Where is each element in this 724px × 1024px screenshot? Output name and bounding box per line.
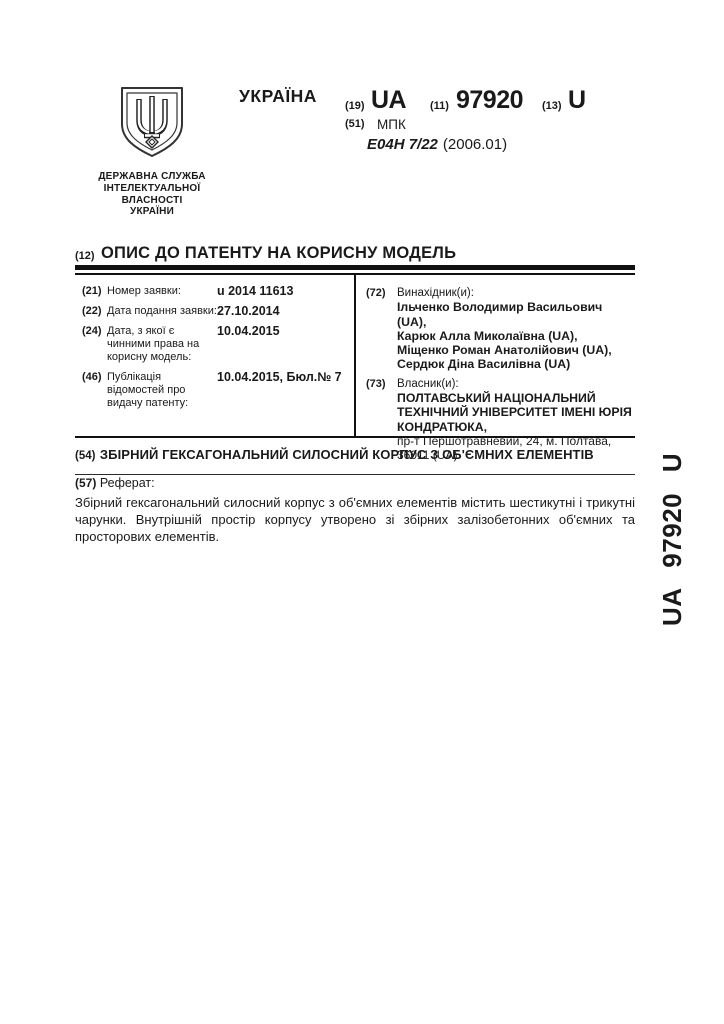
agency-line: ДЕРЖАВНА СЛУЖБА: [72, 171, 232, 183]
bibliographic-right-column: (72) Винахідник(и): Ільченко Володимир В…: [354, 275, 635, 436]
vertical-publication-label: UA 97920 U: [657, 466, 687, 626]
invention-title-section: (54) ЗБІРНИЙ ГЕКСАГОНАЛЬНИЙ СИЛОСНИЙ КОР…: [75, 436, 635, 475]
owner-name: ПОЛТАВСЬКИЙ НАЦІОНАЛЬНИЙ ТЕХНІЧНИЙ УНІВЕ…: [397, 391, 633, 434]
agency-line: ІНТЕЛЕКТУАЛЬНОЇ: [72, 183, 232, 195]
inid-code-22: (22): [82, 305, 107, 318]
invention-title: ЗБІРНИЙ ГЕКСАГОНАЛЬНИЙ СИЛОСНИЙ КОРПУС З…: [100, 447, 594, 462]
country-title: УКРАЇНА: [239, 86, 317, 107]
abstract-heading: (57) Реферат:: [75, 476, 635, 490]
field-value: 10.04.2015, Бюл.№ 7: [217, 371, 350, 410]
inid-code-19: (19): [345, 101, 365, 112]
abstract-label: Реферат:: [100, 476, 155, 490]
inid-code-24: (24): [82, 325, 107, 364]
field-label: Дата, з якої є чинними права на корисну …: [107, 325, 217, 364]
ipc-classification: E04H 7/22(2006.01): [367, 137, 507, 152]
inventors-label: Винахідник(и):: [397, 286, 633, 300]
country-code-value: UA: [371, 88, 406, 113]
inid-code-11: (11): [430, 101, 449, 112]
inventors-block: (72) Винахідник(и): Ільченко Володимир В…: [366, 286, 633, 372]
inventor-name: Міщенко Роман Анатолійович (UA),: [397, 343, 633, 357]
inventor-name: Карюк Алла Миколаївна (UA),: [397, 329, 633, 343]
field-value: 10.04.2015: [217, 325, 350, 364]
owner-label: Власник(и):: [397, 377, 633, 391]
inid-code-13: (13): [542, 101, 562, 112]
ipc-class-year: (2006.01): [443, 136, 507, 153]
inid-code-51: (51): [345, 119, 365, 130]
inid-code-54: (54): [75, 450, 95, 462]
ipc-class-code: E04H 7/22: [367, 136, 438, 153]
field-value: 27.10.2014: [217, 305, 350, 318]
inventor-name: Сердюк Діна Василівна (UA): [397, 357, 633, 371]
field-filing-date: (22) Дата подання заявки: 27.10.2014: [82, 305, 350, 318]
field-application-number: (21) Номер заявки: u 2014 11613: [82, 285, 350, 298]
agency-line: ВЛАСНОСТІ: [72, 195, 232, 207]
abstract-text: Збірний гексагональний силосний корпус з…: [75, 495, 635, 545]
ipc-label: МПК: [377, 118, 406, 132]
inid-code-12: (12): [75, 250, 95, 262]
bibliographic-table: (21) Номер заявки: u 2014 11613 (22) Дат…: [75, 275, 635, 438]
document-type-title: ОПИС ДО ПАТЕНТУ НА КОРИСНУ МОДЕЛЬ: [101, 244, 456, 263]
field-label: Дата подання заявки:: [107, 305, 217, 318]
bibliographic-left-column: (21) Номер заявки: u 2014 11613 (22) Дат…: [75, 275, 354, 436]
inid-code-46: (46): [82, 371, 107, 410]
agency-name: ДЕРЖАВНА СЛУЖБА ІНТЕЛЕКТУАЛЬНОЇ ВЛАСНОСТ…: [72, 171, 232, 218]
inid-code-21: (21): [82, 285, 107, 298]
inid-code-72: (72): [366, 286, 397, 372]
field-value: u 2014 11613: [217, 285, 350, 298]
inid-code-57: (57): [75, 476, 96, 490]
field-label: Публікація відомостей про видачу патенту…: [107, 371, 217, 410]
kind-code: U: [568, 88, 586, 113]
patent-document-page: ДЕРЖАВНА СЛУЖБА ІНТЕЛЕКТУАЛЬНОЇ ВЛАСНОСТ…: [0, 0, 724, 1024]
double-rule-divider: [75, 265, 635, 275]
field-effective-date: (24) Дата, з якої є чинними права на кор…: [82, 325, 350, 364]
ukraine-coat-of-arms-icon: [119, 86, 185, 158]
inventor-name: Ільченко Володимир Васильович (UA),: [397, 300, 633, 329]
publication-number: 97920: [456, 88, 523, 113]
field-publication-info: (46) Публікація відомостей про видачу па…: [82, 371, 350, 410]
agency-line: УКРАЇНИ: [72, 206, 232, 218]
field-label: Номер заявки:: [107, 285, 217, 298]
